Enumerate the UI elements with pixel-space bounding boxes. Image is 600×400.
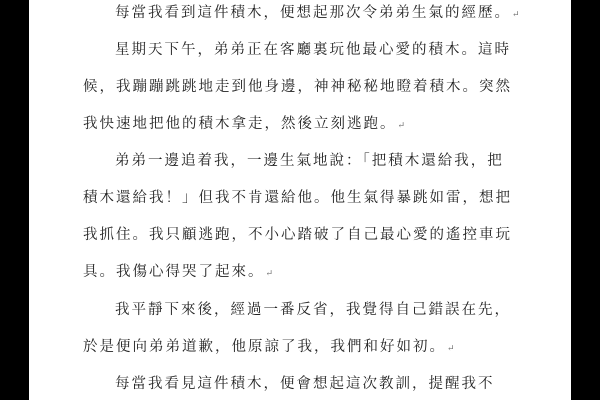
line-text: 每當我看到這件積木，便想起那次令弟弟生氣的經歷。 (115, 5, 511, 21)
paragraph-mark-icon: ↵ (266, 269, 274, 279)
text-line: 候，我蹦蹦跳跳地走到他身邊，神神秘秘地瞪着積木。突然 (83, 75, 523, 99)
document-page: 每當我看到這件積木，便想起那次令弟弟生氣的經歷。↵ 星期天下午，弟弟正在客廳裏玩… (29, 0, 571, 400)
text-line: 我抓住。我只顧逃跑，不小心踏破了自己最心愛的遙控車玩 (83, 223, 523, 247)
text-line: 具。我傷心得哭了起來。↵ (83, 260, 523, 284)
line-text: 候，我蹦蹦跳跳地走到他身邊，神神秘秘地瞪着積木。突然 (83, 79, 512, 95)
paragraph-mark-icon: ↵ (512, 10, 520, 20)
line-text: 我快速地把他的積木拿走，然後立刻逃跑。 (83, 116, 397, 132)
paragraph-mark-icon: ↵ (398, 121, 406, 131)
text-line: 積木還給我！」但我不肯還給他。他生氣得暴跳如雷，想把 (83, 186, 523, 210)
line-text: 於是便向弟弟道歉，他原諒了我，我們和好如初。 (83, 339, 446, 355)
line-text: 我平靜下來後，經過一番反省，我覺得自己錯誤在先， (115, 302, 511, 318)
line-text: 積木還給我！」但我不肯還給他。他生氣得暴跳如雷，想把 (83, 190, 512, 206)
line-text: 每當我看見這件積木，便會想起這次教訓，提醒我不 (115, 376, 495, 392)
line-text: 弟弟一邊追着我，一邊生氣地說：「把積木還給我，把 (115, 153, 504, 169)
line-text: 我抓住。我只顧逃跑，不小心踏破了自己最心愛的遙控車玩 (83, 227, 512, 243)
text-line: 於是便向弟弟道歉，他原諒了我，我們和好如初。↵ (83, 335, 523, 359)
text-line: 每當我看見這件積木，便會想起這次教訓，提醒我不 (115, 372, 555, 396)
line-text: 具。我傷心得哭了起來。 (83, 264, 265, 280)
text-line: 星期天下午，弟弟正在客廳裏玩他最心愛的積木。這時 (115, 38, 555, 62)
paragraph-mark-icon: ↵ (447, 344, 455, 354)
text-line: 我快速地把他的積木拿走，然後立刻逃跑。↵ (83, 112, 523, 136)
text-line: 弟弟一邊追着我，一邊生氣地說：「把積木還給我，把 (115, 149, 555, 173)
line-text: 星期天下午，弟弟正在客廳裏玩他最心愛的積木。這時 (115, 42, 511, 58)
text-line: 每當我看到這件積木，便想起那次令弟弟生氣的經歷。↵ (115, 1, 555, 25)
text-line: 我平靜下來後，經過一番反省，我覺得自己錯誤在先， (115, 298, 555, 322)
